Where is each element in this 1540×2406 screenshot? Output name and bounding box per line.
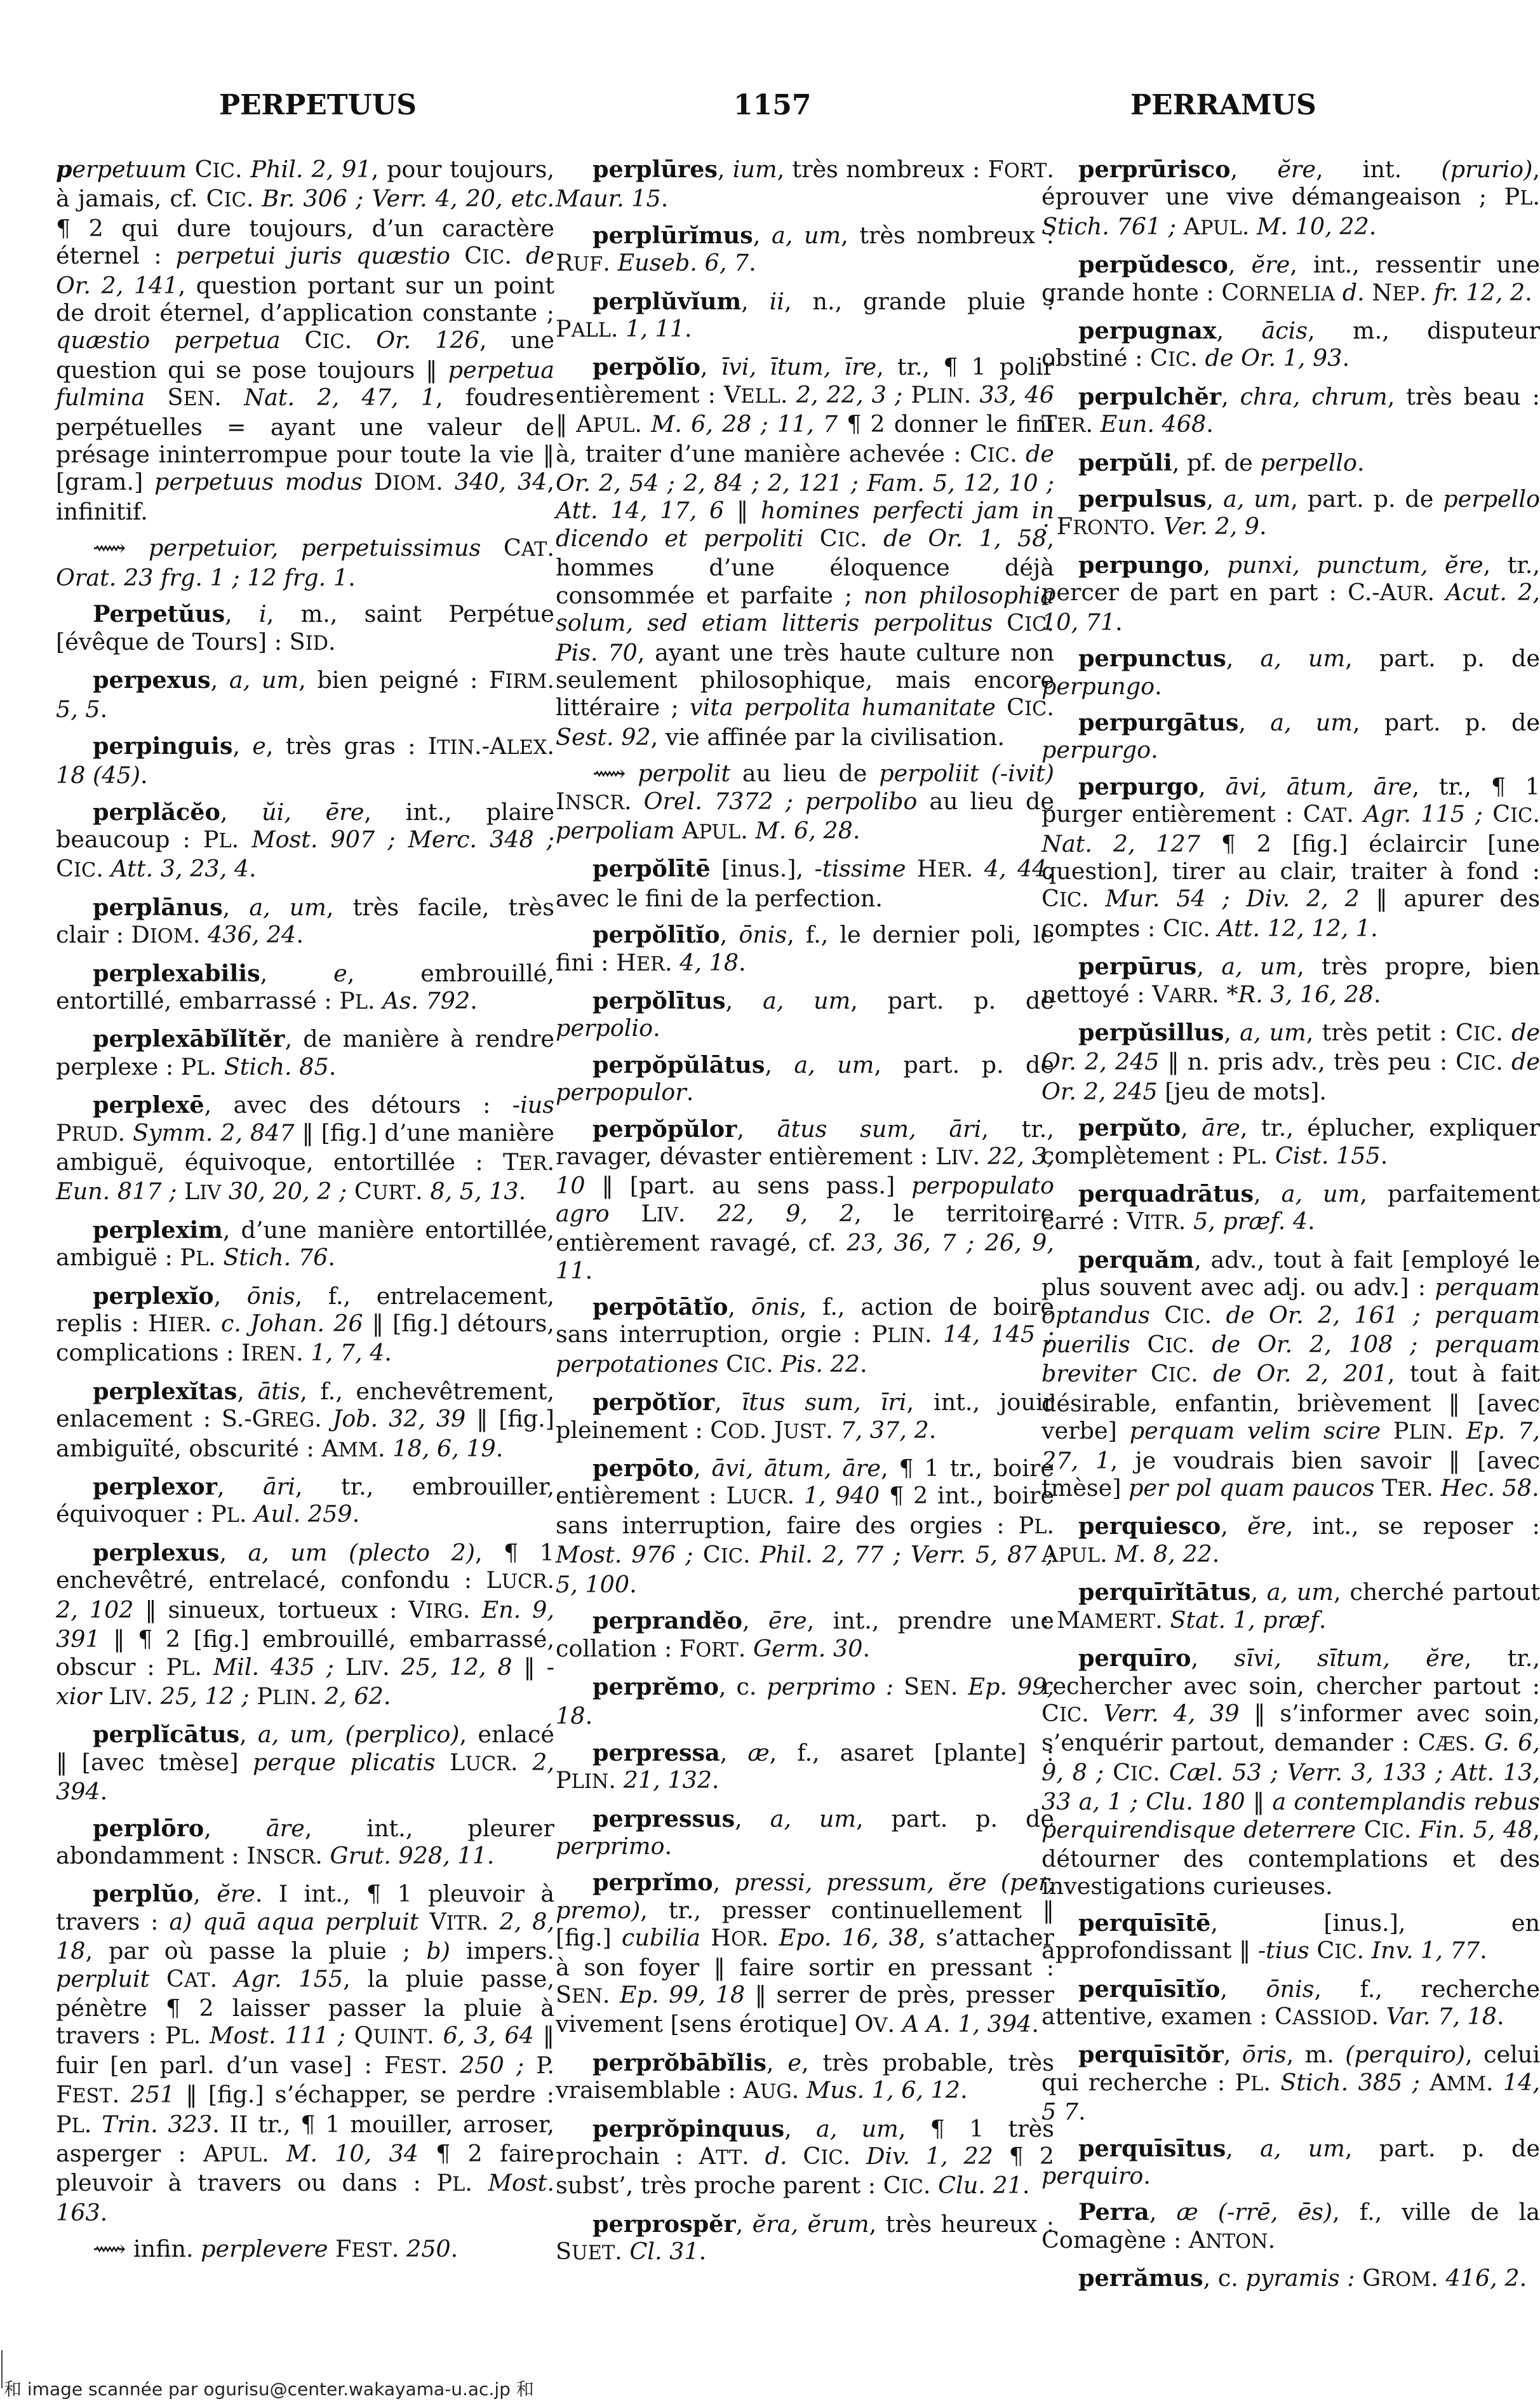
dictionary-entry: perpŭli, pf. de perpello.: [1041, 449, 1540, 476]
dictionary-entry: perquīsītē, [inus.], en approfondissant …: [1041, 1909, 1540, 1966]
dictionary-entry: perquăm, adv., tout à fait [employé le p…: [1041, 1246, 1540, 1504]
dictionary-entry: perpŭdesco, ĕre, int., ressentir une gra…: [1041, 251, 1540, 308]
dictionary-entry: perpurgo, āvi, ātum, āre, tr., ¶ 1 purge…: [1041, 773, 1540, 944]
column-right: perprūrisco, ĕre, int. (prurio), éprouve…: [1041, 156, 1540, 2303]
dictionary-entry: perquīsītus, a, um, part. p. de perquiro…: [1041, 2135, 1540, 2190]
dictionary-entry: perpungo, punxi, punctum, ĕre, tr., perc…: [1041, 551, 1540, 636]
column-left: perpetuum CIC. Phil. 2, 91, pour toujour…: [56, 156, 554, 2274]
dictionary-entry: perpōtātĭo, ōnis, f., action de boire sa…: [556, 1293, 1054, 1380]
dictionary-entry: perpressa, æ, f., asaret [plante] : PLIN…: [556, 1739, 1054, 1796]
page-header: PERPETUUS 1157 PERRAMUS: [0, 89, 1540, 133]
dictionary-entry: perpinguis, e, très gras : ITIN.-ALEX. 1…: [56, 732, 554, 790]
dictionary-entry: perpŏlītus, a, um, part. p. de perpolio.: [556, 987, 1054, 1042]
dictionary-entry: perprŏbābĭlis, e, très probable, très vr…: [556, 2049, 1054, 2106]
dictionary-entry: perplexābĭlĭtĕr, de manière à rendre per…: [56, 1025, 554, 1082]
dictionary-entry: perpŭsillus, a, um, très petit : CIC. de…: [1041, 1019, 1540, 1105]
dictionary-entry: perplexĭtas, ātis, f., enchevêtrement, e…: [56, 1378, 554, 1464]
dictionary-entry: perquīro, sīvi, sītum, ĕre, tr., recherc…: [1041, 1644, 1540, 1900]
dictionary-entry: perplūrĭmus, a, um, très nombreux : RUF.…: [556, 222, 1054, 279]
dictionary-entry: perpōto, āvi, ātum, āre, ¶ 1 tr., boire …: [556, 1455, 1054, 1598]
dictionary-entry: perplexĭo, ōnis, f., entrelacement, repl…: [56, 1282, 554, 1369]
dictionary-entry: perprandĕo, ēre, int., prendre une colla…: [556, 1607, 1054, 1664]
dictionary-entry: perplexus, a, um (plecto 2), ¶ 1 enchevê…: [56, 1539, 554, 1712]
dictionary-entry: perpŭto, āre, tr., éplucher, expliquer c…: [1041, 1114, 1540, 1171]
dictionary-entry: perpurgātus, a, um, part. p. de perpurgo…: [1041, 709, 1540, 764]
dictionary-entry: Perra, æ (-rrē, ēs), f., ville de la Com…: [1041, 2198, 1540, 2255]
dictionary-entry: perpŏlĭo, īvi, ītum, īre, tr., ¶ 1 polir…: [556, 353, 1054, 751]
dictionary-entry: perquadrātus, a, um, parfaitement carré …: [1041, 1180, 1540, 1237]
dictionary-entry: perpexus, a, um, bien peigné : FIRM. 5, …: [56, 666, 554, 723]
dictionary-entry: perprospĕr, ĕra, ĕrum, très heureux : SU…: [556, 2210, 1054, 2268]
dictionary-entry: perprĕmo, c. perprimo : SEN. Ep. 99, 18.: [556, 1673, 1054, 1730]
dictionary-entry: perplexabilis, e, embrouillé, entortillé…: [56, 960, 554, 1017]
running-head-left: PERPETUUS: [219, 89, 417, 121]
dictionary-entry: perpūrus, a, um, très propre, bien netto…: [1041, 953, 1540, 1010]
dictionary-entry: perplūres, ium, très nombreux : FORT. Ma…: [556, 156, 1054, 213]
dictionary-entry: perplŭvĭum, ii, n., grande pluie : PALL.…: [556, 288, 1054, 345]
dictionary-entry: perplŭo, ĕre. I int., ¶ 1 pleuvoir à tra…: [56, 1880, 554, 2226]
dictionary-entry: perplexē, avec des détours : -ius PRUD. …: [56, 1091, 554, 1207]
running-head-right: PERRAMUS: [1130, 89, 1316, 121]
dictionary-entry: perpulchĕr, chra, chrum, très beau : TER…: [1041, 383, 1540, 440]
dictionary-entry: perpŏlītē [inus.], -tissime HER. 4, 44, …: [556, 855, 1054, 912]
dictionary-entry: perpulsus, a, um, part. p. de perpello :…: [1041, 485, 1540, 542]
dictionary-entry: ⟿ perpetuior, perpetuissimus CAT. Orat. …: [56, 534, 554, 591]
scan-edge-line: [1, 2350, 3, 2388]
dictionary-entry: perpressus, a, um, part. p. de perprimo.: [556, 1805, 1054, 1860]
column-middle: perplūres, ium, très nombreux : FORT. Ma…: [556, 156, 1054, 2276]
dictionary-entry: perquīsītĭo, ōnis, f., recherche attenti…: [1041, 1975, 1540, 2033]
dictionary-entry: perprūrisco, ĕre, int. (prurio), éprouve…: [1041, 156, 1540, 242]
dictionary-entry: Perpetŭus, i, m., saint Perpétue [évêque…: [56, 600, 554, 657]
dictionary-entry: perpugnax, ācis, m., disputeur obstiné :…: [1041, 317, 1540, 374]
dictionary-entry: perpunctus, a, um, part. p. de perpungo.: [1041, 645, 1540, 700]
dictionary-entry: perquīrĭtātus, a, um, cherché partout : …: [1041, 1578, 1540, 1636]
dictionary-entry: perpŏpŭlātus, a, um, part. p. de perpopu…: [556, 1051, 1054, 1106]
dictionary-entry: perprŏpinquus, a, um, ¶ 1 très prochain …: [556, 2115, 1054, 2201]
dictionary-entry: perplexor, āri, tr., embrouiller, équivo…: [56, 1473, 554, 1530]
dictionary-entry: perquiesco, ĕre, int., se reposer : APUL…: [1041, 1512, 1540, 1569]
dictionary-entry: perplăcĕo, ŭi, ēre, int., plaire beaucou…: [56, 798, 554, 885]
dictionary-entry: perpŏlītĭo, ōnis, f., le dernier poli, l…: [556, 921, 1054, 978]
dictionary-entry: perrămus, c. pyramis : GROM. 416, 2.: [1041, 2264, 1540, 2294]
dictionary-entry: ⟿ perpolit au lieu de perpoliit (-ivit) …: [556, 760, 1054, 846]
dictionary-entry: perpŏpŭlor, ātus sum, āri, tr., ravager,…: [556, 1115, 1054, 1284]
page-number: 1157: [733, 89, 811, 121]
dictionary-entry: perplĭcātus, a, um, (perplico), enlacé ‖…: [56, 1721, 554, 1805]
dictionary-entry: perquīsītŏr, ōris, m. (perquiro), celui …: [1041, 2041, 1540, 2125]
dictionary-entry: perpŏtĭor, ītus sum, īri, int., jouir pl…: [556, 1388, 1054, 1446]
dictionary-entry: perplōro, āre, int., pleurer abondamment…: [56, 1815, 554, 1872]
scan-credit-footer: 和 image scannée par ogurisu@center.wakay…: [4, 2376, 534, 2401]
dictionary-entry: perpetuum CIC. Phil. 2, 91, pour toujour…: [56, 156, 554, 525]
dictionary-entry: perprĭmo, pressi, pressum, ĕre (per, pre…: [556, 1869, 1054, 2040]
dictionary-entry: ⟿ infin. perplevere FEST. 250.: [56, 2235, 554, 2264]
dictionary-entry: perplānus, a, um, très facile, très clai…: [56, 894, 554, 951]
dictionary-entry: perplexim, d’une manière entortillée, am…: [56, 1216, 554, 1274]
